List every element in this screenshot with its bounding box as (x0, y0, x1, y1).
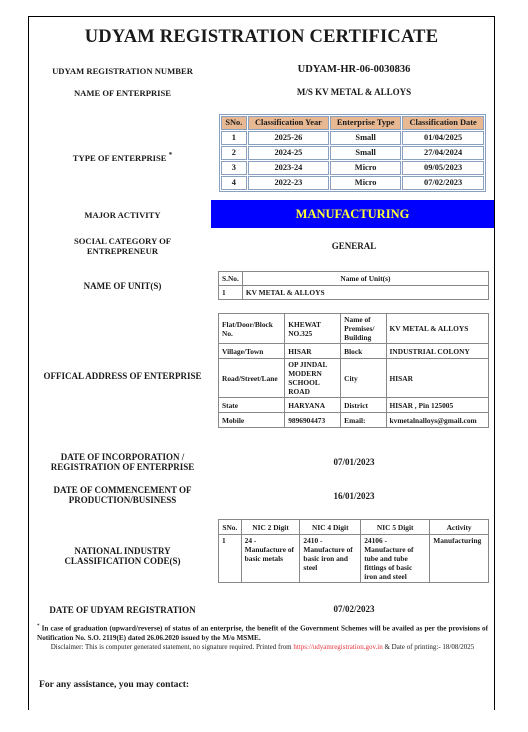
table-cell: Road/Street/Lane (219, 359, 285, 398)
table-row: StateHARYANADistrictHISAR , Pin 125005 (219, 398, 489, 413)
table-cell: 07/02/2023 (402, 176, 484, 190)
table-cell: Flat/Door/Block No. (219, 314, 285, 344)
column-header: Activity (430, 520, 489, 535)
table-cell: City (341, 359, 386, 398)
table-row: Mobile9896904473Email:kvmetalnalloys@gma… (219, 413, 489, 428)
enterprise-name-value: M/S KV METAL & ALLOYS (229, 87, 479, 98)
column-header: Classification Year (248, 116, 329, 130)
column-header: NIC 2 Digit (241, 520, 300, 535)
address-table: Flat/Door/Block No.KHEWAT NO.325Name of … (218, 313, 489, 428)
disclaimer: Disclaimer: This is computer generated s… (37, 643, 488, 653)
table-cell: 2 (221, 146, 247, 160)
table-cell: HISAR , Pin 125005 (386, 398, 488, 413)
table-cell: Micro (330, 176, 401, 190)
column-header: Name of Unit(s) (242, 272, 488, 286)
table-row: 22024-25Small27/04/2024 (221, 146, 484, 160)
registration-number-label: UDYAM REGISTRATION NUMBER (35, 66, 210, 76)
column-header: Enterprise Type (330, 116, 401, 130)
table-cell: Small (330, 131, 401, 145)
nic-table: SNo.NIC 2 DigitNIC 4 DigitNIC 5 DigitAct… (218, 519, 489, 583)
table-cell: kvmetalnalloys@gmail.com (386, 413, 488, 428)
table-cell: OP JINDAL MODERN SCHOOL ROAD (285, 359, 341, 398)
table-cell: KV METAL & ALLOYS (242, 286, 488, 300)
table-row: 1KV METAL & ALLOYS (219, 286, 489, 300)
incorporation-value: 07/01/2023 (229, 457, 479, 468)
table-row: 42022-23Micro07/02/2023 (221, 176, 484, 190)
table-cell: Micro (330, 161, 401, 175)
social-category-value: GENERAL (229, 241, 479, 252)
table-cell: HISAR (386, 359, 488, 398)
column-header: NIC 4 Digit (300, 520, 361, 535)
enterprise-name-label: NAME OF ENTERPRISE (35, 88, 210, 98)
classification-table: SNo.Classification YearEnterprise TypeCl… (219, 114, 486, 192)
table-cell: INDUSTRIAL COLONY (386, 344, 488, 359)
contact-heading: For any assistance, you may contact: (39, 679, 189, 690)
table-cell: Mobile (219, 413, 285, 428)
table-cell: HISAR (285, 344, 341, 359)
udyam-portal-link[interactable]: https://udyamregistration.gov.in (293, 643, 382, 651)
column-header: SNo. (219, 520, 242, 535)
asterisk-mark: * (169, 151, 173, 159)
column-header: SNo. (221, 116, 247, 130)
column-header: NIC 5 Digit (361, 520, 430, 535)
table-cell: Block (341, 344, 386, 359)
commencement-label: DATE OF COMMENCEMENT OF PRODUCTION/BUSIN… (35, 485, 210, 505)
udyam-date-value: 07/02/2023 (229, 604, 479, 615)
table-cell: Manufacturing (430, 535, 489, 583)
table-cell: KHEWAT NO.325 (285, 314, 341, 344)
table-cell: 27/04/2024 (402, 146, 484, 160)
table-cell: KV METAL & ALLOYS (386, 314, 488, 344)
table-cell: State (219, 398, 285, 413)
table-cell: District (341, 398, 386, 413)
certificate-title: UDYAM REGISTRATION CERTIFICATE (29, 27, 494, 48)
table-cell: 1 (219, 286, 243, 300)
table-cell: Name of Premises/ Building (341, 314, 386, 344)
table-cell: 9896904473 (285, 413, 341, 428)
major-activity-value: MANUFACTURING (211, 200, 494, 228)
table-cell: HARYANA (285, 398, 341, 413)
units-table: S.No.Name of Unit(s) 1KV METAL & ALLOYS (218, 271, 489, 300)
table-cell: 1 (219, 535, 242, 583)
units-label: NAME OF UNIT(S) (35, 281, 210, 291)
column-header: Classification Date (402, 116, 484, 130)
social-category-label: SOCIAL CATEGORY OF ENTREPRENEUR (35, 236, 210, 256)
table-row: 32023-24Micro09/05/2023 (221, 161, 484, 175)
table-cell: 24 - Manufacture of basic metals (241, 535, 300, 583)
table-cell: 2410 - Manufacture of basic iron and ste… (300, 535, 361, 583)
table-cell: 2025-26 (248, 131, 329, 145)
table-cell: Village/Town (219, 344, 285, 359)
table-cell: 3 (221, 161, 247, 175)
column-header: S.No. (219, 272, 243, 286)
table-cell: 4 (221, 176, 247, 190)
table-cell: 09/05/2023 (402, 161, 484, 175)
enterprise-type-label: TYPE OF ENTERPRISE * (35, 150, 210, 163)
table-row: Village/TownHISARBlockINDUSTRIAL COLONY (219, 344, 489, 359)
table-row: Flat/Door/Block No.KHEWAT NO.325Name of … (219, 314, 489, 344)
table-row: 12025-26Small01/04/2025 (221, 131, 484, 145)
table-cell: 2022-23 (248, 176, 329, 190)
table-row: Road/Street/LaneOP JINDAL MODERN SCHOOL … (219, 359, 489, 398)
incorporation-label: DATE OF INCORPORATION / REGISTRATION OF … (35, 452, 210, 472)
table-cell: 24106 - Manufacture of tube and tube fit… (361, 535, 430, 583)
table-cell: 1 (221, 131, 247, 145)
table-cell: Small (330, 146, 401, 160)
address-label: OFFICAL ADDRESS OF ENTERPRISE (35, 371, 210, 381)
table-cell: 2024-25 (248, 146, 329, 160)
table-row: 124 - Manufacture of basic metals2410 - … (219, 535, 489, 583)
udyam-date-label: DATE OF UDYAM REGISTRATION (35, 605, 210, 615)
table-cell: 2023-24 (248, 161, 329, 175)
table-cell: 01/04/2025 (402, 131, 484, 145)
certificate-page: UDYAM REGISTRATION CERTIFICATE UDYAM REG… (28, 16, 495, 710)
registration-number-value: UDYAM-HR-06-0030836 (229, 64, 479, 75)
nic-label: NATIONAL INDUSTRY CLASSIFICATION CODE(S) (35, 546, 210, 566)
commencement-value: 16/01/2023 (229, 491, 479, 502)
table-cell: Email: (341, 413, 386, 428)
major-activity-label: MAJOR ACTIVITY (35, 210, 210, 220)
graduation-note: * In case of graduation (upward/reverse)… (37, 622, 488, 643)
